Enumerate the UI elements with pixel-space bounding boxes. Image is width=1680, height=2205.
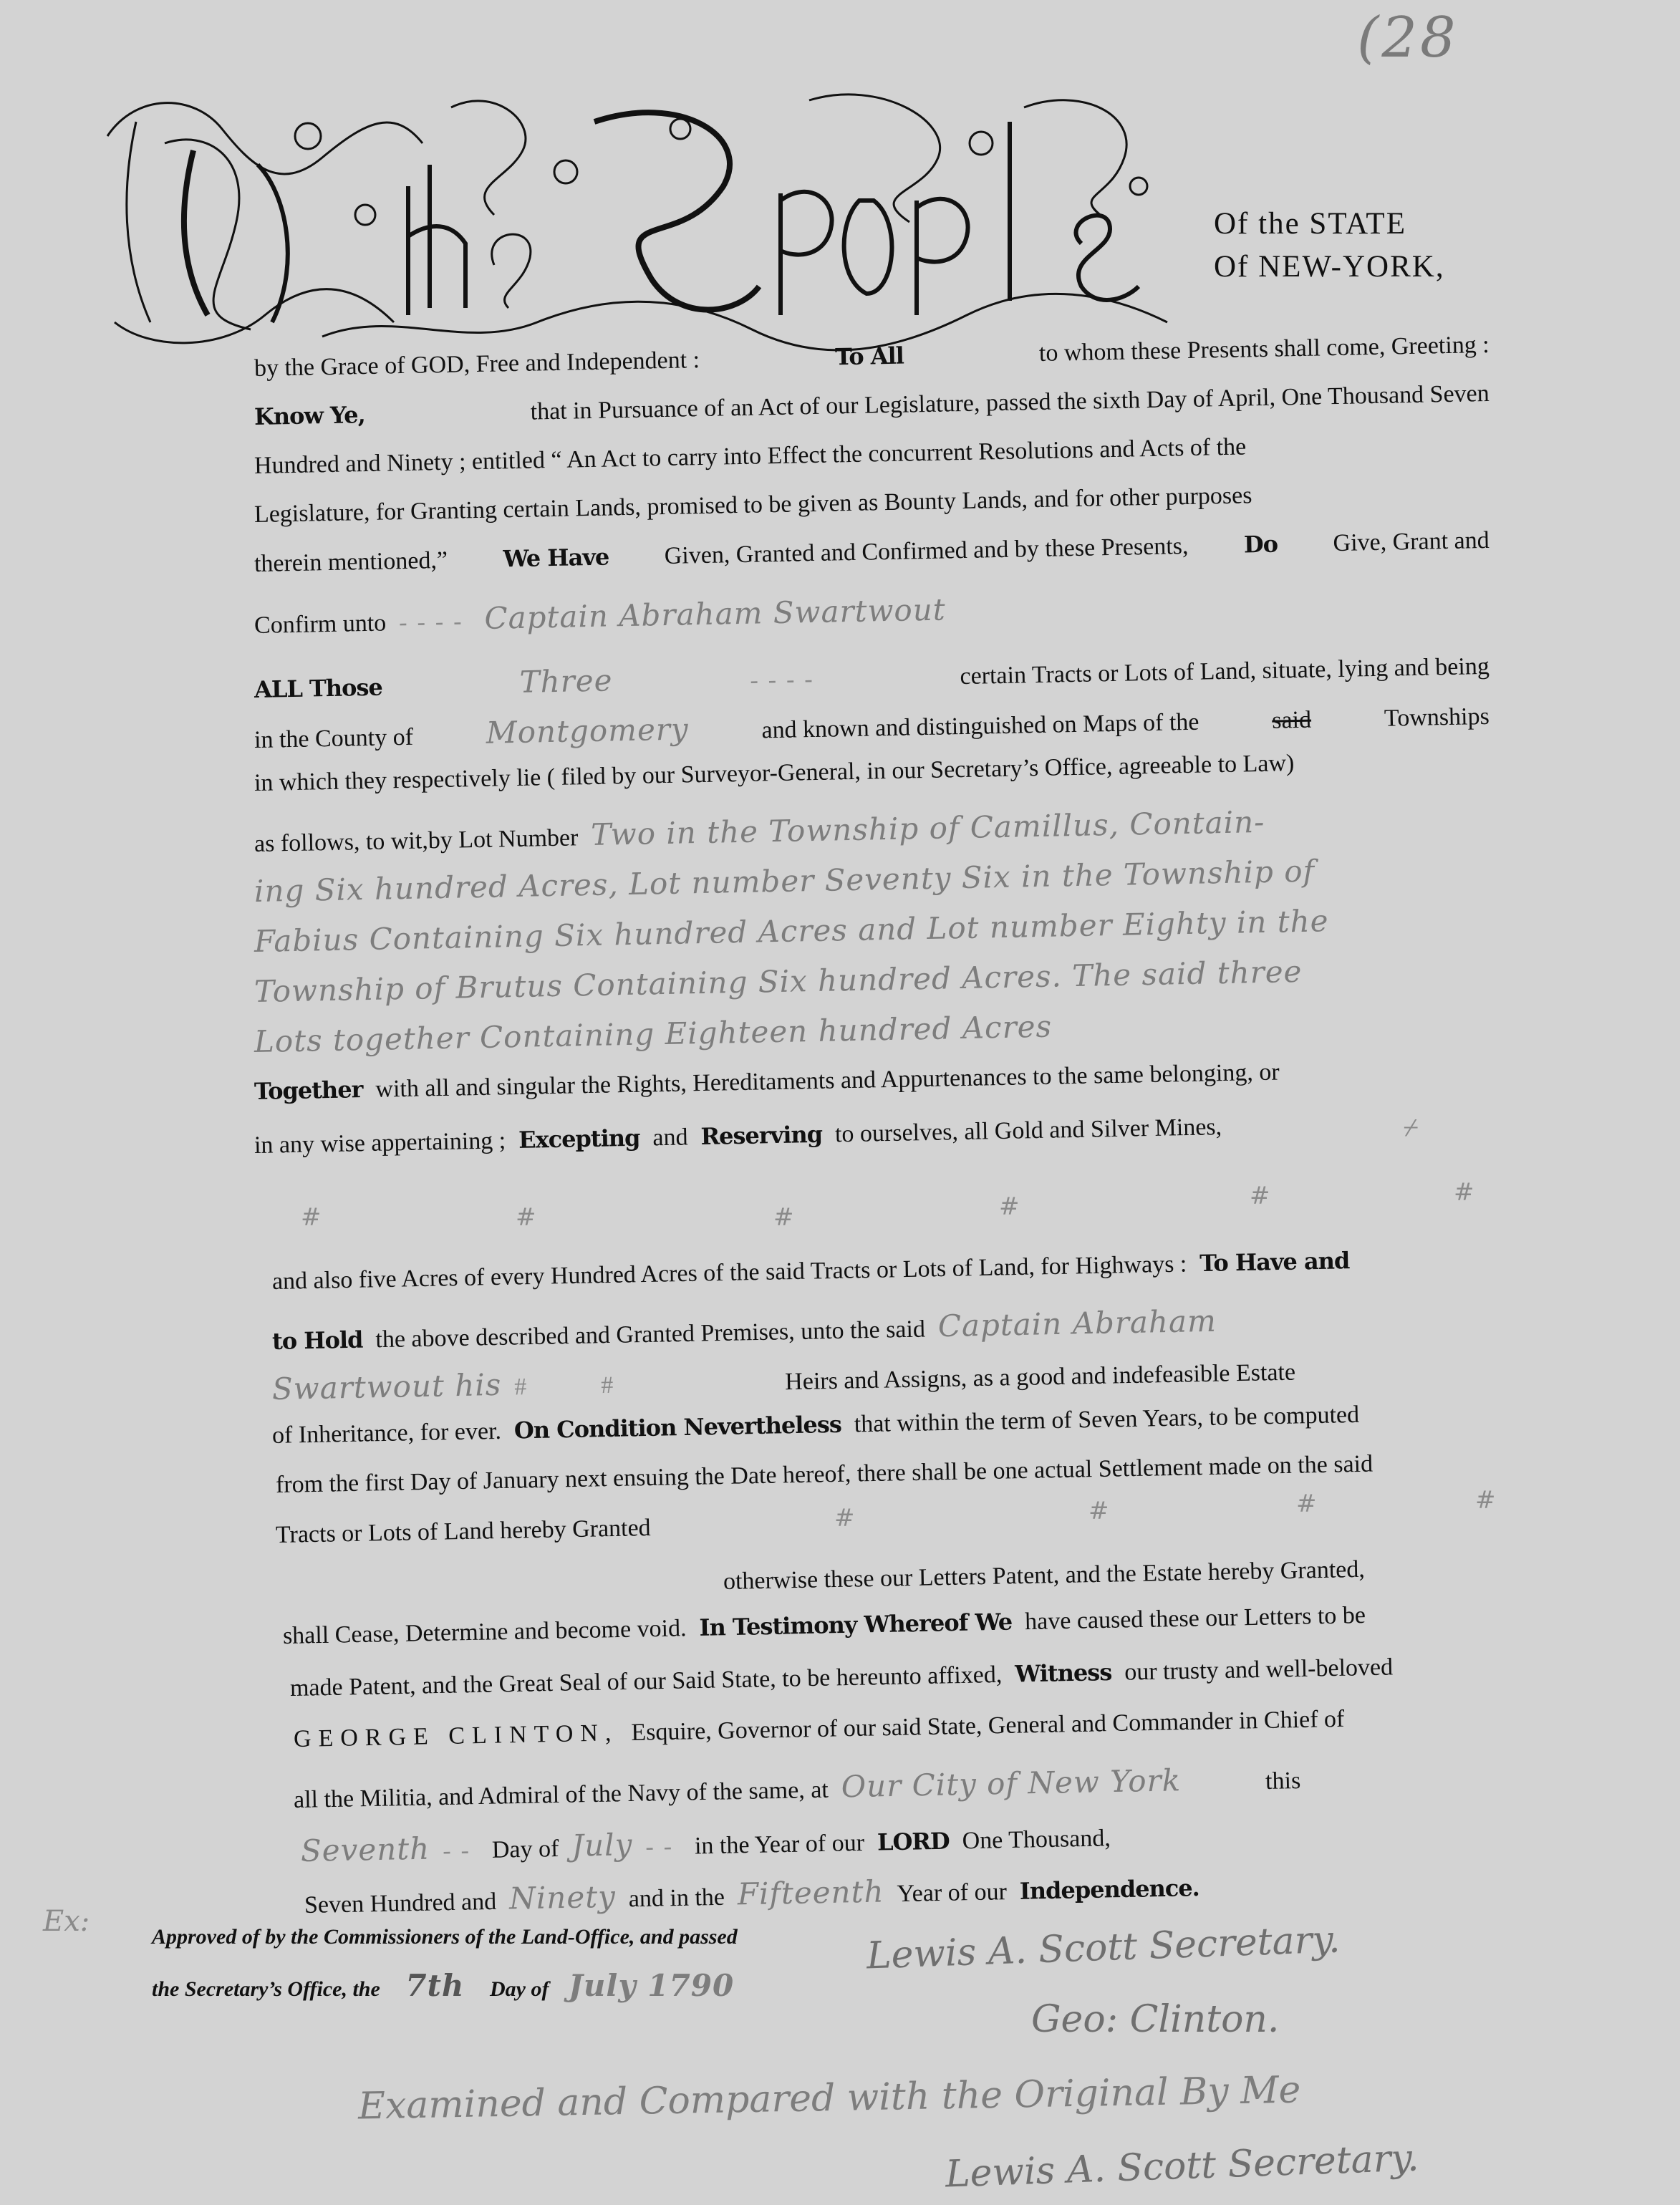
body-text: Given, Granted and Confirmed and by thes… [664,533,1188,570]
together-text: to ourselves, all Gold and Silver Mines, [835,1114,1222,1148]
month-handwritten: July [571,1827,633,1863]
caused-text: have caused these our Letters to be [1025,1602,1366,1636]
governor-text: Esquire, Governor of our said State, Gen… [631,1706,1345,1747]
approved-date-handwritten: July 1790 [569,1968,734,2003]
dash-fill: ---- [399,608,472,637]
governor-signature: Geo: Clinton. [1031,1998,1279,2041]
cross-mark: # [1296,1490,1317,1518]
militia-text: all the Militia, and Admiral of the Navy… [294,1777,829,1814]
place-handwritten: Our City of New York [841,1762,1181,1804]
confirm-unto-line: Confirm unto ---- Captain Abraham Swartw… [254,582,1490,640]
lot-description-handwritten: Township of Brutus Containing Six hundre… [254,954,1303,1009]
secretary-signature: Lewis A. Scott Secretary. [866,1918,1341,1977]
county-line: in the County of Montgomery and known an… [254,696,1490,755]
blackletter-all-those: ALL Those [254,674,382,703]
seven-hundred-text: Seven Hundred and [304,1888,497,1919]
dash-fill: -- [443,1837,479,1865]
year-of-our-text: Year of our [897,1878,1007,1908]
body-text: that in Pursuance of an Act of our Legis… [530,380,1490,426]
blackletter-to-all: To All [835,342,904,371]
filed-text: in which they respectively lie ( filed b… [254,750,1295,797]
year-text: in the Year of our [695,1830,865,1861]
body-text: Give, Grant and [1333,527,1490,557]
tracts-text: certain Tracts or Lots of Land, situate,… [960,653,1490,690]
lot-description-handwritten: Fabius Containing Six hundred Acres and … [254,903,1329,959]
approved-day-handwritten: 7th [405,1968,464,2003]
cross-mark: # [1088,1497,1109,1525]
grantee-handwritten-3: Swartwout his [272,1367,502,1407]
blackletter-lord: LORD [877,1828,950,1856]
grantee-handwritten-2: Captain Abraham [937,1303,1217,1343]
independence-year-handwritten: Fifteenth [737,1873,884,1911]
cross-marks: # # [514,1369,773,1401]
body-text: therein mentioned,” [254,547,448,578]
approved-line: Approved of by the Commissioners of the … [152,1925,738,1949]
filed-line: in which they respectively lie ( filed b… [254,746,1490,797]
state-heading-line-2: Of NEW-YORK, [1214,249,1445,284]
and-text: and [652,1124,688,1152]
blackletter-know-ye: Know Ye, [254,401,365,430]
lot-description-line-5: Lots together Containing Eighteen hundre… [254,1000,1490,1059]
body-line-2: Know Ye, that in Pursuance of an Act of … [254,380,1490,431]
county-handwritten: Montgomery [486,711,689,750]
county-text: and known and distinguished on Maps of t… [761,709,1199,745]
quantity-handwritten: Three [519,662,613,699]
patent-text: made Patent, and the Great Seal of our S… [290,1661,1003,1702]
together-line-1: Together with all and singular the Right… [254,1054,1490,1106]
cross-mark: # [1250,1182,1270,1210]
blackletter-excepting: Excepting [518,1124,640,1154]
heirs-text: Heirs and Assigns, as a good and indefea… [785,1359,1295,1396]
from-text: from the first Day of January next ensui… [276,1451,1374,1499]
day-of-text: Day of [492,1835,559,1864]
county-text-end: Townships [1384,703,1490,733]
cross-mark: # [999,1192,1020,1221]
lot-number-label: as follows, to wit,by Lot Number [254,824,579,858]
confirm-unto-label: Confirm unto [254,609,387,640]
one-thousand-text: One Thousand, [962,1825,1111,1855]
lot-description-line-3: Fabius Containing Six hundred Acres and … [254,900,1490,959]
examined-note: Examined and Compared with the Original … [358,2069,1301,2128]
blackletter-together: Together [254,1076,363,1105]
state-heading-line-1: Of the STATE [1214,206,1406,241]
body-line-4: Legislature, for Granting certain Lands,… [254,478,1490,529]
lot-description-line-4: Township of Brutus Containing Six hundre… [254,950,1490,1009]
day-handwritten: Seventh [301,1831,430,1868]
grantee-handwritten: Captain Abraham Swartwout [484,592,946,635]
secretary-office-text: the Secretary’s Office, the [152,1977,380,2001]
cross-mark: # [1475,1486,1496,1515]
blackletter-in-testimony: In Testimony Whereof We [699,1608,1012,1641]
lot-description-handwritten: ing Six hundred Acres, Lot number Sevent… [254,854,1315,909]
patent-line: made Patent, and the Great Seal of our S… [290,1651,1525,1702]
inheritance-text: of Inheritance, for ever. [272,1418,502,1449]
secretary-office-line: the Secretary’s Office, the 7th Day of J… [152,1968,734,2003]
blackletter-on-condition: On Condition Nevertheless [514,1411,842,1444]
cease-text: shall Cease, Determine and become void. [283,1615,687,1650]
body-line-3: Hundred and Ninety ; entitled “ An Act t… [254,429,1490,480]
blackletter-to-hold: to Hold [272,1326,363,1355]
otherwise-text: otherwise these our Letters Patent, and … [723,1556,1366,1596]
cross-mark: # [301,1203,322,1232]
final-secretary-signature: Lewis A. Scott Secretary. [945,2136,1419,2196]
year-line: Seven Hundred and Ninety and in the Fift… [304,1861,1540,1920]
blackletter-do: Do [1244,531,1278,559]
tracts-granted-text: Tracts or Lots of Land hereby Granted [276,1515,651,1549]
cross-mark: # [516,1203,536,1232]
blackletter-witness: Witness [1015,1659,1112,1688]
dash-fill: ---- [750,666,823,695]
blackletter-to-have-and: To Have and [1199,1247,1350,1277]
together-line-2: in any wise appertaining ; Excepting and… [254,1108,1490,1159]
cross-mark: # [1454,1178,1474,1207]
blackletter-we-have: We Have [503,543,609,572]
lot-number-line: as follows, to wit,by Lot Number Two in … [254,800,1490,859]
condition-text: that within the term of Seven Years, to … [854,1401,1359,1439]
cross-mark: # [773,1203,794,1232]
otherwise-line: otherwise these our Letters Patent, and … [723,1553,1497,1596]
and-in-the-text: and in the [628,1884,725,1914]
ornamental-title-the-people [93,79,1182,358]
from-line: from the first Day of January next ensui… [276,1448,1511,1499]
body-line-5: therein mentioned,” We Have Given, Grant… [254,526,1490,578]
heirs-line: Swartwout his # # Heirs and Assigns, as … [272,1348,1508,1407]
page-number: (28 [1357,6,1459,70]
this-text: this [1265,1767,1301,1795]
together-text: with all and singular the Rights, Heredi… [375,1059,1280,1104]
militia-line: all the Militia, and Admiral of the Navy… [294,1756,1530,1815]
blackletter-independence: Independence. [1019,1874,1199,1905]
body-text: Legislature, for Granting certain Lands,… [254,482,1252,529]
date-line: Seventh -- Day of July -- in the Year of… [301,1810,1537,1868]
county-label: in the County of [254,724,414,754]
cease-line: shall Cease, Determine and become void. … [283,1598,1518,1650]
blackletter-reserving: Reserving [700,1121,822,1150]
lot-description-line-2: ing Six hundred Acres, Lot number Sevent… [254,850,1490,909]
struck-word: said [1272,707,1312,735]
dash-fill: -- [645,1833,682,1861]
governor-line: GEORGE CLINTON, Esquire, Governor of our… [294,1702,1529,1753]
to-hold-line: to Hold the above described and Granted … [272,1298,1508,1356]
lot-description-handwritten: Lots together Containing Eighteen hundre… [254,1009,1053,1059]
together-text: in any wise appertaining ; [254,1127,506,1159]
governor-name: GEORGE CLINTON, [294,1719,619,1753]
cross-mark: ⌿ [1404,1114,1418,1142]
inheritance-line: of Inheritance, for ever. On Condition N… [272,1398,1507,1449]
year-handwritten: Ninety [509,1879,617,1916]
trusty-text: our trusty and well-beloved [1124,1654,1394,1686]
cross-mark: # [834,1504,855,1533]
margin-note: Ex: [43,1905,90,1938]
to-hold-text: the above described and Granted Premises… [375,1316,925,1354]
lot-description-handwritten: Two in the Township of Camillus, Contain… [591,804,1265,852]
body-text: Hundred and Ninety ; entitled “ An Act t… [254,433,1247,480]
approved-day-of: Day of [490,1977,549,2001]
highways-text: and also five Acres of every Hundred Acr… [272,1250,1187,1296]
highways-line: and also five Acres of every Hundred Acr… [272,1244,1507,1296]
all-those-line: ALL Those Three ---- certain Tracts or L… [254,646,1490,705]
tracts-granted-line: Tracts or Lots of Land hereby Granted [276,1498,1511,1549]
